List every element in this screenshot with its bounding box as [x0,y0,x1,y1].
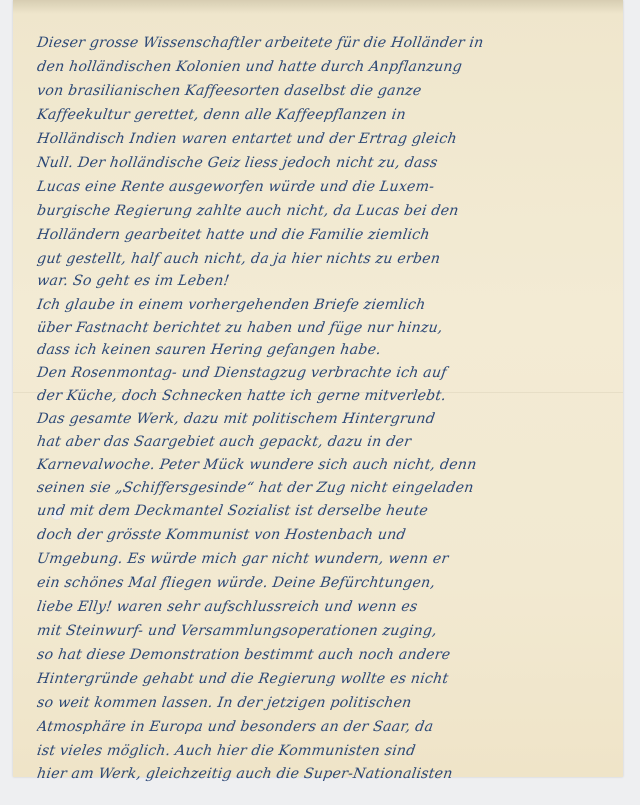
text-line: Dieser grosse Wissenschaftler arbeitete … [36,35,618,51]
text-line: mit Steinwurf- und Versammlungsoperation… [36,623,618,639]
text-line: Ich glaube in einem vorhergehenden Brief… [36,297,618,313]
text-line: so hat diese Demonstration bestimmt auch… [36,647,618,663]
text-line: Kaffeekultur gerettet, denn alle Kaffeep… [36,107,618,123]
letter-page: Dieser grosse Wissenschaftler arbeitete … [13,0,623,777]
text-line: Atmosphäre in Europa und besonders an de… [36,719,618,735]
text-line: Umgebung. Es würde mich gar nicht wunder… [36,551,618,567]
text-line: Holländisch Indien waren entartet und de… [36,131,618,147]
text-line: Null. Der holländische Geiz liess jedoch… [36,155,618,171]
text-line: seinen sie „Schiffersgesinde“ hat der Zu… [36,480,618,496]
text-line: hat aber das Saargebiet auch gepackt, da… [36,434,618,450]
text-line: über Fastnacht berichtet zu haben und fü… [36,320,618,336]
text-line: hier am Werk, gleichzeitig auch die Supe… [36,766,618,782]
text-line: Den Rosenmontag- und Dienstagzug verbrac… [36,365,618,381]
text-line: Lucas eine Rente ausgeworfen würde und d… [36,179,618,195]
text-line: so weit kommen lassen. In der jetzigen p… [36,695,618,711]
text-line: liebe Elly! waren sehr aufschlussreich u… [36,599,618,615]
text-line: gut gestellt, half auch nicht, da ja hie… [36,251,618,267]
text-line: ist vieles möglich. Auch hier die Kommun… [36,743,618,759]
text-line: Holländern gearbeitet hatte und die Fami… [36,227,618,243]
text-line: doch der grösste Kommunist von Hostenbac… [36,527,618,543]
text-line: ein schönes Mal fliegen würde. Deine Bef… [36,575,618,591]
text-line: Hintergründe gehabt und die Regierung wo… [36,671,618,687]
text-line: dass ich keinen sauren Hering gefangen h… [36,342,618,358]
text-line: war. So geht es im Leben! [36,273,618,289]
text-line: der Küche, doch Schnecken hatte ich gern… [36,388,618,404]
text-line: Karnevalwoche. Peter Mück wundere sich a… [36,457,618,473]
text-line: burgische Regierung zahlte auch nicht, d… [36,203,618,219]
text-line: Das gesamte Werk, dazu mit politischem H… [36,411,618,427]
text-line: und mit dem Deckmantel Sozialist ist der… [36,503,618,519]
text-line: den holländischen Kolonien und hatte dur… [36,59,618,75]
text-line: von brasilianischen Kaffeesorten daselbs… [36,83,618,99]
